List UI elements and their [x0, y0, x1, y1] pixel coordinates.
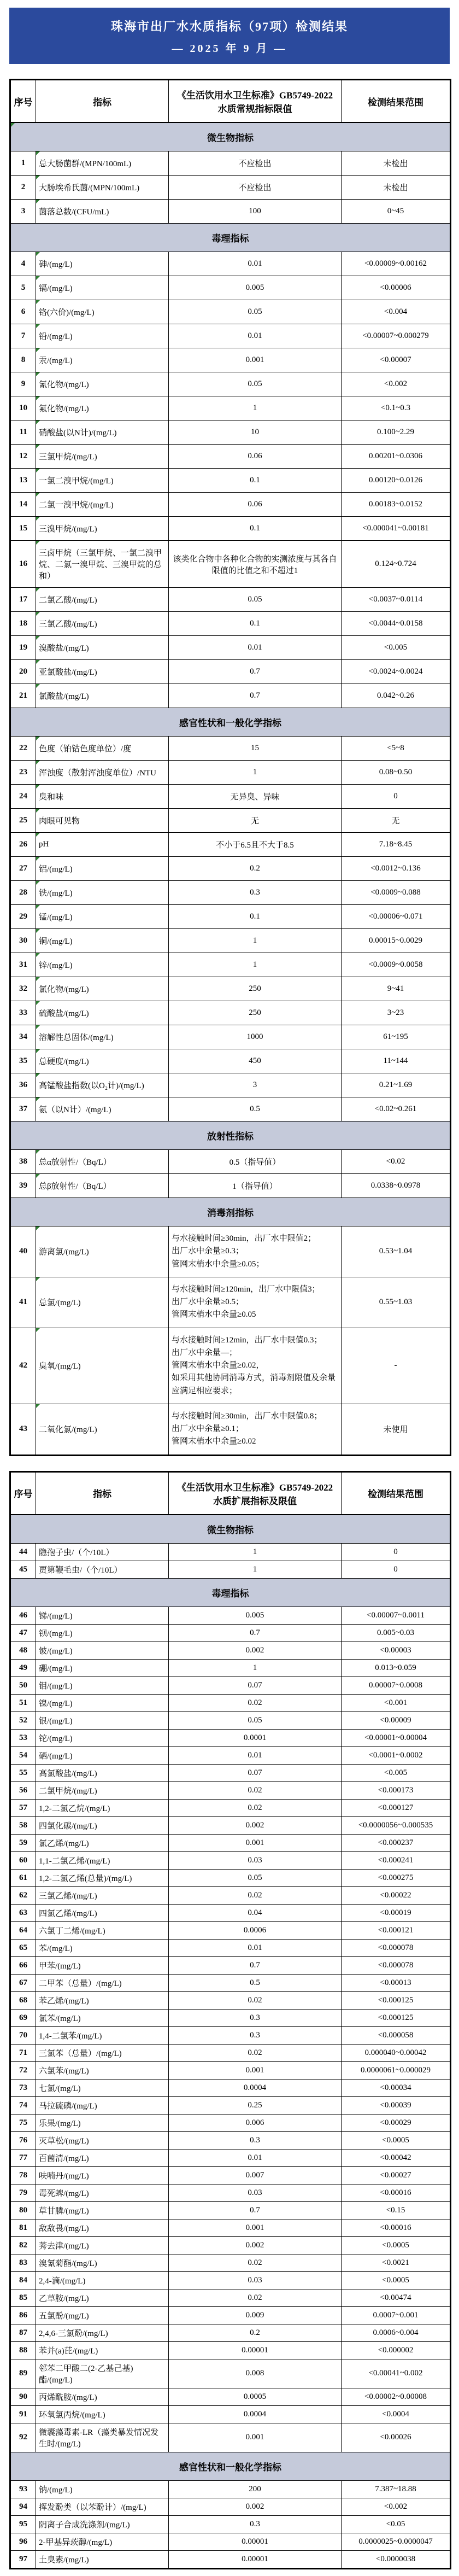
indicator-name: 二氯乙酸/(mg/L) [36, 588, 169, 612]
row-no: 10 [10, 396, 36, 420]
result-range: 0.124~0.724 [342, 541, 451, 588]
table-row: 88苯并(a)芘/(mg/L)0.00001<0.000002 [10, 2341, 451, 2359]
row-no: 67 [10, 1974, 36, 1991]
page: 珠海市出厂水水质指标（97项）检测结果 — 2025 年 9 月 — 序号 指标… [0, 8, 459, 2576]
bottom-spacer [0, 2569, 459, 2576]
result-range: <0.00042 [342, 2149, 451, 2166]
result-range: 未检出 [342, 176, 451, 200]
table-row: 21氯酸盐/(mg/L)0.70.042~0.26 [10, 684, 451, 708]
table-row: 18三氯乙酸/(mg/L)0.1<0.0044~0.0158 [10, 612, 451, 636]
result-range: 7.18~8.45 [342, 833, 451, 857]
limit-value: 0.02 [169, 1781, 342, 1799]
limit-value: 0.05 [169, 588, 342, 612]
result-range: 0.0006~0.004 [342, 2324, 451, 2341]
result-range: <0.00007~0.000279 [342, 324, 451, 348]
table-row: 571,2-二氯乙烷/(mg/L)0.02<0.000127 [10, 1799, 451, 1816]
table-row: 89邻苯二甲酸二(2-乙基己基)酯/(mg/L)0.008<0.00041~0.… [10, 2359, 451, 2388]
table-row: 97土臭素/(mg/L)0.00001<0.0000038 [10, 2550, 451, 2568]
result-range: <0.001 [342, 1694, 451, 1712]
limit-value: 0.7 [169, 1624, 342, 1642]
indicator-name: 1,1-二氯乙烯/(mg/L) [36, 1851, 169, 1869]
row-no: 19 [10, 636, 36, 660]
table-row: 4砷/(mg/L)0.01<0.00009~0.00162 [10, 252, 451, 276]
limit-value: 0.03 [169, 2271, 342, 2289]
limit-value: 200 [169, 2480, 342, 2498]
result-range: 0 [342, 785, 451, 809]
row-no: 65 [10, 1939, 36, 1956]
row-no: 21 [10, 684, 36, 708]
indicator-name: 乙草胺/(mg/L) [36, 2289, 169, 2306]
limit-value: 0.0005 [169, 2388, 342, 2405]
col-header-limit: 《生活饮用水卫生标准》GB5749-2022 水质常规指标限值 [169, 80, 342, 123]
result-range: <0.000058 [342, 2026, 451, 2044]
row-no: 92 [10, 2423, 36, 2452]
row-no: 41 [10, 1277, 36, 1328]
table-row: 48铍/(mg/L)0.002<0.00003 [10, 1642, 451, 1659]
limit-value: 0.001 [169, 2219, 342, 2236]
table-row: 71三氯苯（总量）/(mg/L)0.020.000040~0.00042 [10, 2044, 451, 2061]
indicator-name: 二氯一溴甲烷/(mg/L) [36, 493, 169, 517]
indicator-name: 三氯苯（总量）/(mg/L) [36, 2044, 169, 2061]
table-row: 41总氯/(mg/L)与水接触时间≥120min，出厂水中限值3； 出厂水中余量… [10, 1277, 451, 1328]
indicator-name: 铁/(mg/L) [36, 881, 169, 905]
table-row: 842,4-滴/(mg/L)0.03<0.0005 [10, 2271, 451, 2289]
row-no: 3 [10, 200, 36, 224]
indicator-name: 六氯丁二烯/(mg/L) [36, 1921, 169, 1939]
limit-value: 与水接触时间≥30min，出厂水中限值0.8； 出厂水中余量≥0.1； 管网末梢… [169, 1404, 342, 1455]
row-no: 88 [10, 2341, 36, 2359]
limit-value: 0.7 [169, 1956, 342, 1974]
limit-value: 不小于6.5且不大于8.5 [169, 833, 342, 857]
table-row: 54硒/(mg/L)0.01<0.0001~0.0002 [10, 1746, 451, 1764]
row-no: 32 [10, 977, 36, 1001]
limit-value: 0.02 [169, 1694, 342, 1712]
indicator-name: 铬(六价)/(mg/L) [36, 300, 169, 324]
indicator-name: 氯苯/(mg/L) [36, 2009, 169, 2026]
result-range: 0.00183~0.0152 [342, 493, 451, 517]
section-row: 微生物指标 [10, 122, 451, 151]
section-row: 放射性指标 [10, 1121, 451, 1150]
row-no: 95 [10, 2515, 36, 2533]
row-no: 73 [10, 2079, 36, 2096]
limit-value: 0.0004 [169, 2079, 342, 2096]
col-header-no: 序号 [10, 1471, 36, 1515]
result-range: <0.00006 [342, 276, 451, 300]
limit-value: 0.006 [169, 2114, 342, 2131]
table-row: 23浑浊度（散射浑浊度单位）/NTU10.08~0.50 [10, 761, 451, 785]
indicator-name: 溴氰菊酯/(mg/L) [36, 2254, 169, 2271]
limit-value: 0.05 [169, 372, 342, 396]
table-row: 66甲苯/(mg/L)0.7<0.000078 [10, 1956, 451, 1974]
result-range: <0.000121 [342, 1921, 451, 1939]
row-no: 70 [10, 2026, 36, 2044]
table-row: 49硼/(mg/L)10.013~0.059 [10, 1659, 451, 1677]
row-no: 43 [10, 1404, 36, 1455]
limit-value: 10 [169, 420, 342, 445]
result-range: <5~8 [342, 737, 451, 761]
indicator-name: 三氯乙酸/(mg/L) [36, 612, 169, 636]
result-range: 9~41 [342, 977, 451, 1001]
table-row: 83溴氰菊酯/(mg/L)0.02<0.0021 [10, 2254, 451, 2271]
limit-value: 250 [169, 1001, 342, 1025]
result-range: <0.002 [342, 372, 451, 396]
row-no: 36 [10, 1073, 36, 1097]
indicator-name: 臭和味 [36, 785, 169, 809]
table-row: 37氨（以N计）/(mg/L)0.5<0.02~0.261 [10, 1097, 451, 1121]
row-no: 74 [10, 2096, 36, 2114]
indicator-name: 丙烯酰胺/(mg/L) [36, 2388, 169, 2405]
indicator-name: 马拉硫磷/(mg/L) [36, 2096, 169, 2114]
table-row: 69氯苯/(mg/L)0.3<0.000125 [10, 2009, 451, 2026]
limit-value: 250 [169, 977, 342, 1001]
table-row: 14二氯一溴甲烷/(mg/L)0.060.00183~0.0152 [10, 493, 451, 517]
indicator-name: 铅/(mg/L) [36, 324, 169, 348]
row-no: 34 [10, 1025, 36, 1049]
limit-value: 0.1 [169, 517, 342, 541]
row-no: 35 [10, 1049, 36, 1073]
indicator-name: 草甘膦/(mg/L) [36, 2201, 169, 2219]
indicator-name: 百菌清/(mg/L) [36, 2149, 169, 2166]
table-row: 73七氯/(mg/L)0.0004<0.00034 [10, 2079, 451, 2096]
limit-value: 0.002 [169, 2236, 342, 2254]
result-range: 0.0000061~0.000029 [342, 2061, 451, 2079]
limit-value: 0.009 [169, 2306, 342, 2324]
result-range: <0.0001~0.0002 [342, 1746, 451, 1764]
result-range: 0.21~1.69 [342, 1073, 451, 1097]
limit-value: 0.01 [169, 1939, 342, 1956]
result-range: <0.0004 [342, 2405, 451, 2423]
row-no: 78 [10, 2166, 36, 2184]
row-no: 61 [10, 1869, 36, 1886]
indicator-name: 甲苯/(mg/L) [36, 1956, 169, 1974]
indicator-name: 阴离子合成洗涤剂/(mg/L) [36, 2515, 169, 2533]
limit-value: 0.3 [169, 881, 342, 905]
section-row: 毒理指标 [10, 224, 451, 252]
indicator-name: 钠/(mg/L) [36, 2480, 169, 2498]
result-range: 0.00201~0.0306 [342, 445, 451, 469]
limit-value: 0.7 [169, 660, 342, 684]
table-row: 13一氯二溴甲烷/(mg/L)0.10.00120~0.0126 [10, 469, 451, 493]
result-range: <0.00034 [342, 2079, 451, 2096]
indicator-name: 总硬度/(mg/L) [36, 1049, 169, 1073]
table-row: 26pH不小于6.5且不大于8.57.18~8.45 [10, 833, 451, 857]
col-header-limit-line1: 《生活饮用水卫生标准》GB5749-2022 [171, 1480, 339, 1493]
table-row: 30铜/(mg/L)10.00015~0.0029 [10, 929, 451, 953]
section-header: 感官性状和一般化学指标 [10, 2452, 451, 2480]
limit-value: 0.25 [169, 2096, 342, 2114]
result-range: 0.53~1.04 [342, 1226, 451, 1277]
row-no: 22 [10, 737, 36, 761]
result-range: <0.0009~0.0058 [342, 953, 451, 977]
result-range: <0.00001~0.00004 [342, 1729, 451, 1746]
report-month: — 2025 年 9 月 — [9, 39, 450, 55]
table-row: 12三氯甲烷/(mg/L)0.060.00201~0.0306 [10, 445, 451, 469]
indicator-name: 银/(mg/L) [36, 1712, 169, 1729]
limit-value: 0.01 [169, 252, 342, 276]
result-range: 0.100~2.29 [342, 420, 451, 445]
limit-value: 0.5（指导值） [169, 1150, 342, 1174]
table-row: 39总β放射性/（Bq/L）1（指导值）0.0338~0.0978 [10, 1174, 451, 1198]
limit-value: 0.2 [169, 2324, 342, 2341]
limit-value: 0.0001 [169, 1729, 342, 1746]
indicator-name: 镉/(mg/L) [36, 276, 169, 300]
indicator-name: 大肠埃希氏菌/(MPN/100mL) [36, 176, 169, 200]
row-no: 66 [10, 1956, 36, 1974]
limit-value: 0.005 [169, 1607, 342, 1624]
result-range: 61~195 [342, 1025, 451, 1049]
result-range: 0.0007~0.001 [342, 2306, 451, 2324]
indicator-name: 三氯乙烯/(mg/L) [36, 1886, 169, 1904]
limit-value: 0.07 [169, 1764, 342, 1781]
indicator-name: 色度（铂钴色度单位）/度 [36, 737, 169, 761]
limit-value: 0.01 [169, 2149, 342, 2166]
indicator-name: 氯酸盐/(mg/L) [36, 684, 169, 708]
indicator-name: 氨（以N计）/(mg/L) [36, 1097, 169, 1121]
result-range: <0.000275 [342, 1869, 451, 1886]
col-header-result: 检测结果范围 [342, 1471, 451, 1515]
row-no: 89 [10, 2359, 36, 2388]
result-range: <0.0009~0.088 [342, 881, 451, 905]
limit-value: 1（指导值） [169, 1174, 342, 1198]
row-no: 31 [10, 953, 36, 977]
limit-value: 0.02 [169, 2289, 342, 2306]
result-range: <0.005 [342, 636, 451, 660]
table-row: 27铝/(mg/L)0.2<0.0012~0.136 [10, 857, 451, 881]
limit-value: 1 [169, 761, 342, 785]
result-range: <0.000125 [342, 1991, 451, 2009]
row-no: 93 [10, 2480, 36, 2498]
table-row: 63四氯乙烯/(mg/L)0.04<0.00019 [10, 1904, 451, 1921]
result-range: <0.02 [342, 1150, 451, 1174]
limit-value: 0.1 [169, 469, 342, 493]
row-no: 55 [10, 1764, 36, 1781]
limit-value: 与水接触时间≥12min，出厂水中限值0.3； 出厂水中余量—； 管网末梢水中余… [169, 1328, 342, 1404]
table-row: 20亚氯酸盐/(mg/L)0.7<0.0024~0.0024 [10, 660, 451, 684]
row-no: 90 [10, 2388, 36, 2405]
result-range: 0.00007~0.0008 [342, 1677, 451, 1694]
extended-indicators-table: 序号 指标 《生活饮用水卫生标准》GB5749-2022 水质扩展指标及限值 检… [9, 1471, 451, 2569]
result-range: <0.0012~0.136 [342, 857, 451, 881]
result-range: <0.0005 [342, 2131, 451, 2149]
result-range: 0.0338~0.0978 [342, 1174, 451, 1198]
result-range: <0.0005 [342, 2236, 451, 2254]
table-row: 93钠/(mg/L)2007.387~18.88 [10, 2480, 451, 2498]
table-row: 31锌/(mg/L)1<0.0009~0.0058 [10, 953, 451, 977]
table-row: 29锰/(mg/L)0.1<0.00006~0.071 [10, 905, 451, 929]
indicator-name: 三氯甲烷/(mg/L) [36, 445, 169, 469]
row-no: 51 [10, 1694, 36, 1712]
col-header-result: 检测结果范围 [342, 80, 451, 123]
table-row: 74马拉硫磷/(mg/L)0.25<0.00039 [10, 2096, 451, 2114]
limit-value: 0.02 [169, 1991, 342, 2009]
limit-value: 不应检出 [169, 151, 342, 176]
indicator-name: 贾第鞭毛虫/（个/10L） [36, 1561, 169, 1578]
header-row: 序号 指标 《生活饮用水卫生标准》GB5749-2022 水质扩展指标及限值 检… [10, 1471, 451, 1515]
limit-value: 0.02 [169, 1886, 342, 1904]
result-range: <0.00027 [342, 2166, 451, 2184]
result-range: <0.0000056~0.000535 [342, 1816, 451, 1834]
result-range: <0.000241 [342, 1851, 451, 1869]
row-no: 8 [10, 348, 36, 372]
indicator-name: 锑/(mg/L) [36, 1607, 169, 1624]
table-row: 90丙烯酰胺/(mg/L)0.0005<0.00002~0.00008 [10, 2388, 451, 2405]
limit-value: 0.04 [169, 1904, 342, 1921]
indicator-name: 总β放射性/（Bq/L） [36, 1174, 169, 1198]
limit-value: 0.02 [169, 1799, 342, 1816]
row-no: 16 [10, 541, 36, 588]
indicator-name: 四氯乙烯/(mg/L) [36, 1904, 169, 1921]
row-no: 58 [10, 1816, 36, 1834]
result-range: - [342, 1328, 451, 1404]
row-no: 15 [10, 517, 36, 541]
table-row: 701,4-二氯苯/(mg/L)0.3<0.000058 [10, 2026, 451, 2044]
indicator-name: 七氯/(mg/L) [36, 2079, 169, 2096]
row-no: 14 [10, 493, 36, 517]
section-header: 毒理指标 [10, 1578, 451, 1607]
row-no: 5 [10, 276, 36, 300]
row-no: 75 [10, 2114, 36, 2131]
indicator-name: 高锰酸盐指数(以O₂计)/(mg/L) [36, 1073, 169, 1097]
limit-value: 0.5 [169, 1974, 342, 1991]
limit-value: 0.002 [169, 2498, 342, 2515]
result-range: <0.00003 [342, 1642, 451, 1659]
table-row: 55高氯酸盐/(mg/L)0.07<0.005 [10, 1764, 451, 1781]
limit-value: 0.3 [169, 2131, 342, 2149]
table-row: 28铁/(mg/L)0.3<0.0009~0.088 [10, 881, 451, 905]
result-range: <0.0037~0.0114 [342, 588, 451, 612]
table-row: 9氰化物/(mg/L)0.05<0.002 [10, 372, 451, 396]
row-no: 37 [10, 1097, 36, 1121]
row-no: 27 [10, 857, 36, 881]
row-no: 38 [10, 1150, 36, 1174]
table-row: 72六氯苯/(mg/L)0.0010.0000061~0.000029 [10, 2061, 451, 2079]
indicator-name: 铊/(mg/L) [36, 1729, 169, 1746]
result-range: <0.00009~0.00162 [342, 252, 451, 276]
result-range: <0.002 [342, 2498, 451, 2515]
table-row: 7铅/(mg/L)0.01<0.00007~0.000279 [10, 324, 451, 348]
indicator-name: 呋喃丹/(mg/L) [36, 2166, 169, 2184]
indicator-name: 1,2-二氯乙烯(总量)/(mg/L) [36, 1869, 169, 1886]
table-row: 33硫酸盐/(mg/L)2503~23 [10, 1001, 451, 1025]
indicator-name: 毒死蜱/(mg/L) [36, 2184, 169, 2201]
limit-value: 0.01 [169, 1746, 342, 1764]
table-row: 59氯乙烯/(mg/L)0.001<0.000237 [10, 1834, 451, 1851]
limit-value: 15 [169, 737, 342, 761]
result-range: <0.1~0.3 [342, 396, 451, 420]
table-row: 24臭和味无异臭、异味0 [10, 785, 451, 809]
section-row: 微生物指标 [10, 1515, 451, 1544]
table-row: 81敌敌畏/(mg/L)0.001<0.00016 [10, 2219, 451, 2236]
row-no: 26 [10, 833, 36, 857]
table-row: 85乙草胺/(mg/L)0.02<0.00474 [10, 2289, 451, 2306]
result-range: 无 [342, 809, 451, 833]
regular-indicators-table: 序号 指标 《生活饮用水卫生标准》GB5749-2022 水质常规指标限值 检测… [9, 79, 451, 1456]
indicator-name: 菌落总数/(CFU/mL) [36, 200, 169, 224]
indicator-name: 氟化物/(mg/L) [36, 396, 169, 420]
section-row: 毒理指标 [10, 1578, 451, 1607]
indicator-name: 总α放射性/（Bq/L） [36, 1150, 169, 1174]
row-no: 87 [10, 2324, 36, 2341]
result-range: <0.000041~0.00181 [342, 517, 451, 541]
indicator-name: 二甲苯（总量）/(mg/L) [36, 1974, 169, 1991]
row-no: 50 [10, 1677, 36, 1694]
row-no: 62 [10, 1886, 36, 1904]
result-range: <0.0024~0.0024 [342, 660, 451, 684]
row-no: 4 [10, 252, 36, 276]
indicator-name: 挥发酚类（以苯酚计）/(mg/L) [36, 2498, 169, 2515]
limit-value: 0.06 [169, 493, 342, 517]
section-header: 放射性指标 [10, 1121, 451, 1150]
row-no: 40 [10, 1226, 36, 1277]
indicator-name: 氯乙烯/(mg/L) [36, 1834, 169, 1851]
table-row: 82莠去津/(mg/L)0.002<0.0005 [10, 2236, 451, 2254]
result-range: 0 [342, 1561, 451, 1578]
result-range: 0.0000025~0.0000047 [342, 2533, 451, 2550]
result-range: <0.00016 [342, 2184, 451, 2201]
row-no: 25 [10, 809, 36, 833]
limit-value: 0.008 [169, 2359, 342, 2388]
indicator-name: 总大肠菌群/(MPN/100mL) [36, 151, 169, 176]
row-no: 30 [10, 929, 36, 953]
row-no: 63 [10, 1904, 36, 1921]
row-no: 7 [10, 324, 36, 348]
table-row: 53铊/(mg/L)0.0001<0.00001~0.00004 [10, 1729, 451, 1746]
indicator-name: 氰化物/(mg/L) [36, 372, 169, 396]
row-no: 9 [10, 372, 36, 396]
table-row: 46锑/(mg/L)0.005<0.00007~0.0011 [10, 1607, 451, 1624]
result-range: <0.000002 [342, 2341, 451, 2359]
limit-value: 0.7 [169, 2201, 342, 2219]
result-range: <0.000127 [342, 1799, 451, 1816]
row-no: 12 [10, 445, 36, 469]
result-range: <0.0000038 [342, 2550, 451, 2568]
row-no: 52 [10, 1712, 36, 1729]
table-row: 67二甲苯（总量）/(mg/L)0.5<0.00013 [10, 1974, 451, 1991]
indicator-name: 硒/(mg/L) [36, 1746, 169, 1764]
row-no: 23 [10, 761, 36, 785]
indicator-name: 2,4,6-三氯酚/(mg/L) [36, 2324, 169, 2341]
indicator-name: 敌敌畏/(mg/L) [36, 2219, 169, 2236]
row-no: 79 [10, 2184, 36, 2201]
row-no: 80 [10, 2201, 36, 2219]
row-no: 96 [10, 2533, 36, 2550]
result-range: <0.00474 [342, 2289, 451, 2306]
table-row: 78呋喃丹/(mg/L)0.007<0.00027 [10, 2166, 451, 2184]
result-range: <0.15 [342, 2201, 451, 2219]
limit-value: 1 [169, 1561, 342, 1578]
table-row: 92微囊藻毒素-LR（藻类暴发情况发生时/(mg/L)0.001<0.00026 [10, 2423, 451, 2452]
row-no: 39 [10, 1174, 36, 1198]
limit-value: 0.2 [169, 857, 342, 881]
indicator-name: 二氯甲烷/(mg/L) [36, 1781, 169, 1799]
result-range: 0.55~1.03 [342, 1277, 451, 1328]
limit-value: 0.5 [169, 1097, 342, 1121]
table-row: 79毒死蜱/(mg/L)0.03<0.00016 [10, 2184, 451, 2201]
indicator-name: pH [36, 833, 169, 857]
table-row: 64六氯丁二烯/(mg/L)0.0006<0.000121 [10, 1921, 451, 1939]
limit-value: 0.03 [169, 2184, 342, 2201]
indicator-name: 铜/(mg/L) [36, 929, 169, 953]
table-row: 3菌落总数/(CFU/mL)1000~45 [10, 200, 451, 224]
row-no: 71 [10, 2044, 36, 2061]
row-no: 64 [10, 1921, 36, 1939]
result-range: <0.00016 [342, 2219, 451, 2236]
result-range: 0.08~0.50 [342, 761, 451, 785]
row-no: 6 [10, 300, 36, 324]
indicator-name: 硫酸盐/(mg/L) [36, 1001, 169, 1025]
table-row: 91环氧氯丙烷/(mg/L)0.0004<0.0004 [10, 2405, 451, 2423]
indicator-name: 苯/(mg/L) [36, 1939, 169, 1956]
